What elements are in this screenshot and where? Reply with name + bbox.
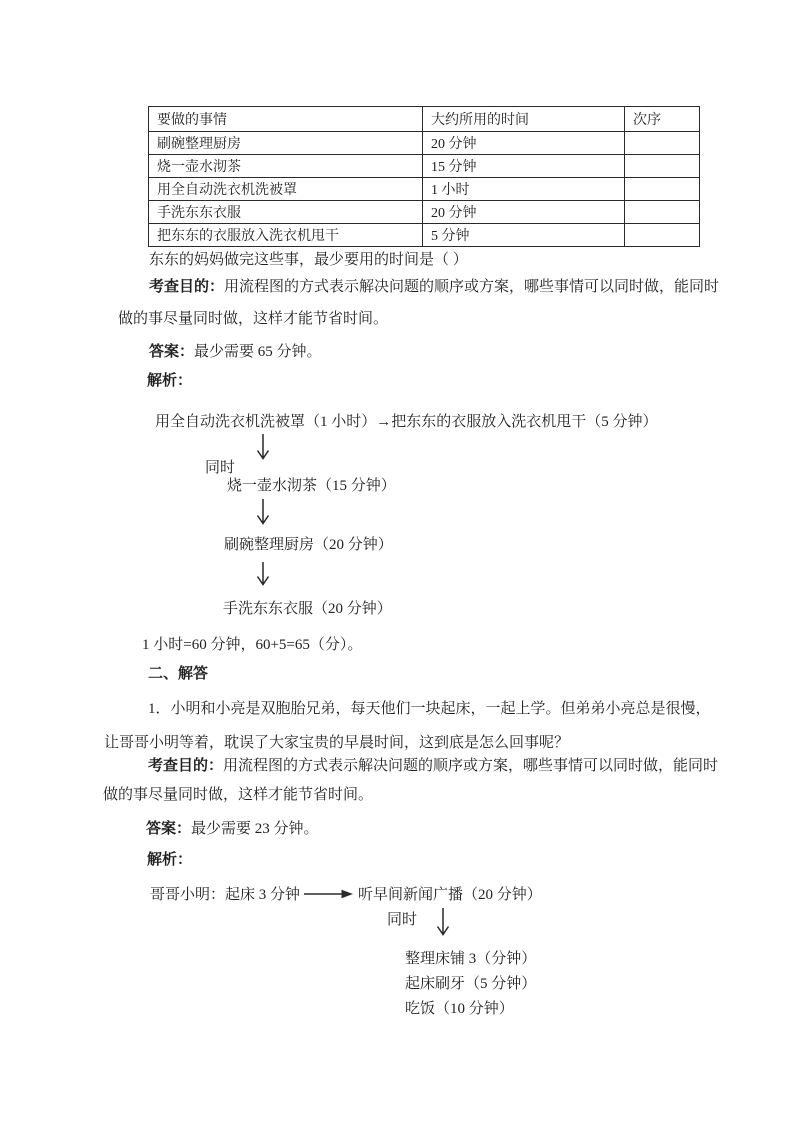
answer-label: 答案：: [146, 821, 191, 837]
purpose2-line-2: 做的事尽量同时做，这样才能节省时间。: [103, 786, 373, 805]
flow2-simultaneous: 同时: [387, 911, 417, 930]
task-table: 要做的事情 大约所用的时间 次序 刷碗整理厨房 20 分钟 烧一壶水沏茶 15 …: [148, 106, 700, 247]
calculation-line: 1 小时=60 分钟，60+5=65（分）。: [142, 636, 362, 655]
flow2-parallel-step: 吃饭（10 分钟）: [405, 1000, 514, 1019]
answer2-line: 答案：最少需要 23 分钟。: [146, 820, 319, 839]
cell-order: [625, 155, 700, 178]
flow1-simultaneous: 同时: [205, 459, 235, 478]
cell-time: 5 分钟: [423, 224, 625, 247]
table-header-order: 次序: [625, 107, 700, 132]
cell-order: [625, 201, 700, 224]
down-arrow-icon: [256, 499, 270, 525]
purpose-label: 考查目的：: [149, 279, 224, 295]
table-header-time: 大约所用的时间: [423, 107, 625, 132]
cell-order: [625, 178, 700, 201]
down-arrow-icon: [256, 562, 270, 586]
flow1-step3: 刷碗整理厨房（20 分钟）: [224, 536, 393, 555]
flow2-parallel-step: 整理床铺 3（分钟）: [405, 950, 536, 969]
down-arrow-icon: [256, 434, 270, 460]
table-row: 刷碗整理厨房 20 分钟: [149, 132, 700, 155]
cell-order: [625, 132, 700, 155]
cell-time: 1 小时: [423, 178, 625, 201]
answer-line: 答案：最少需要 65 分钟。: [149, 343, 322, 362]
answer-text: 最少需要 23 分钟。: [191, 821, 319, 837]
cell-time: 20 分钟: [423, 132, 625, 155]
flow2-start: 哥哥小明：起床 3 分钟: [150, 886, 300, 905]
analysis2-label: 解析：: [147, 851, 192, 870]
table-row: 用全自动洗衣机洗被罩 1 小时: [149, 178, 700, 201]
analysis-label: 解析：: [147, 372, 192, 391]
flow1-row1: 用全自动洗衣机洗被罩（1 小时）→把东东的衣服放入洗衣机甩干（5 分钟）: [155, 413, 658, 432]
table-row: 烧一壶水沏茶 15 分钟: [149, 155, 700, 178]
section2-heading: 二、解答: [148, 665, 208, 684]
cell-task: 刷碗整理厨房: [149, 132, 423, 155]
table-header-task: 要做的事情: [149, 107, 423, 132]
question-text: 东东的妈妈做完这些事，最少要用的时间是（ ）: [149, 251, 468, 270]
cell-time: 15 分钟: [423, 155, 625, 178]
table-row: 把东东的衣服放入洗衣机甩干 5 分钟: [149, 224, 700, 247]
cell-time: 20 分钟: [423, 201, 625, 224]
flow2-target: 听早间新闻广播（20 分钟）: [358, 886, 542, 905]
answer-label: 答案：: [149, 344, 194, 360]
cell-task: 烧一壶水沏茶: [149, 155, 423, 178]
worksheet-page: 要做的事情 大约所用的时间 次序 刷碗整理厨房 20 分钟 烧一壶水沏茶 15 …: [0, 0, 793, 1122]
problem2-line2: 让哥哥小明等着，耽误了大家宝贵的早晨时间，这到底是怎么回事呢？: [104, 734, 569, 753]
flow1-step4: 手洗东东衣服（20 分钟）: [223, 600, 392, 619]
problem2-line1: 1．小明和小亮是双胞胎兄弟，每天他们一块起床，一起上学。但弟弟小亮总是很慢，: [148, 700, 711, 719]
right-arrow-icon: [303, 888, 353, 900]
cell-task: 把东东的衣服放入洗衣机甩干: [149, 224, 423, 247]
flow1-step2: 烧一壶水沏茶（15 分钟）: [227, 477, 396, 496]
purpose-line-1: 考查目的：用流程图的方式表示解决问题的顺序或方案，哪些事情可以同时做，能同时: [149, 278, 719, 297]
purpose-text: 用流程图的方式表示解决问题的顺序或方案，哪些事情可以同时做，能同时: [224, 279, 719, 295]
purpose-line-2: 做的事尽量同时做，这样才能节省时间。: [118, 310, 388, 329]
cell-task: 用全自动洗衣机洗被罩: [149, 178, 423, 201]
flow2-parallel-step: 起床刷牙（5 分钟）: [405, 975, 536, 994]
purpose2-line-1: 考查目的：用流程图的方式表示解决问题的顺序或方案，哪些事情可以同时做，能同时: [148, 757, 718, 776]
down-arrow-icon: [436, 908, 450, 936]
purpose-text: 用流程图的方式表示解决问题的顺序或方案，哪些事情可以同时做，能同时: [223, 758, 718, 774]
answer-text: 最少需要 65 分钟。: [194, 344, 322, 360]
purpose-label: 考查目的：: [148, 758, 223, 774]
table-header-row: 要做的事情 大约所用的时间 次序: [149, 107, 700, 132]
table-row: 手洗东东衣服 20 分钟: [149, 201, 700, 224]
cell-order: [625, 224, 700, 247]
cell-task: 手洗东东衣服: [149, 201, 423, 224]
